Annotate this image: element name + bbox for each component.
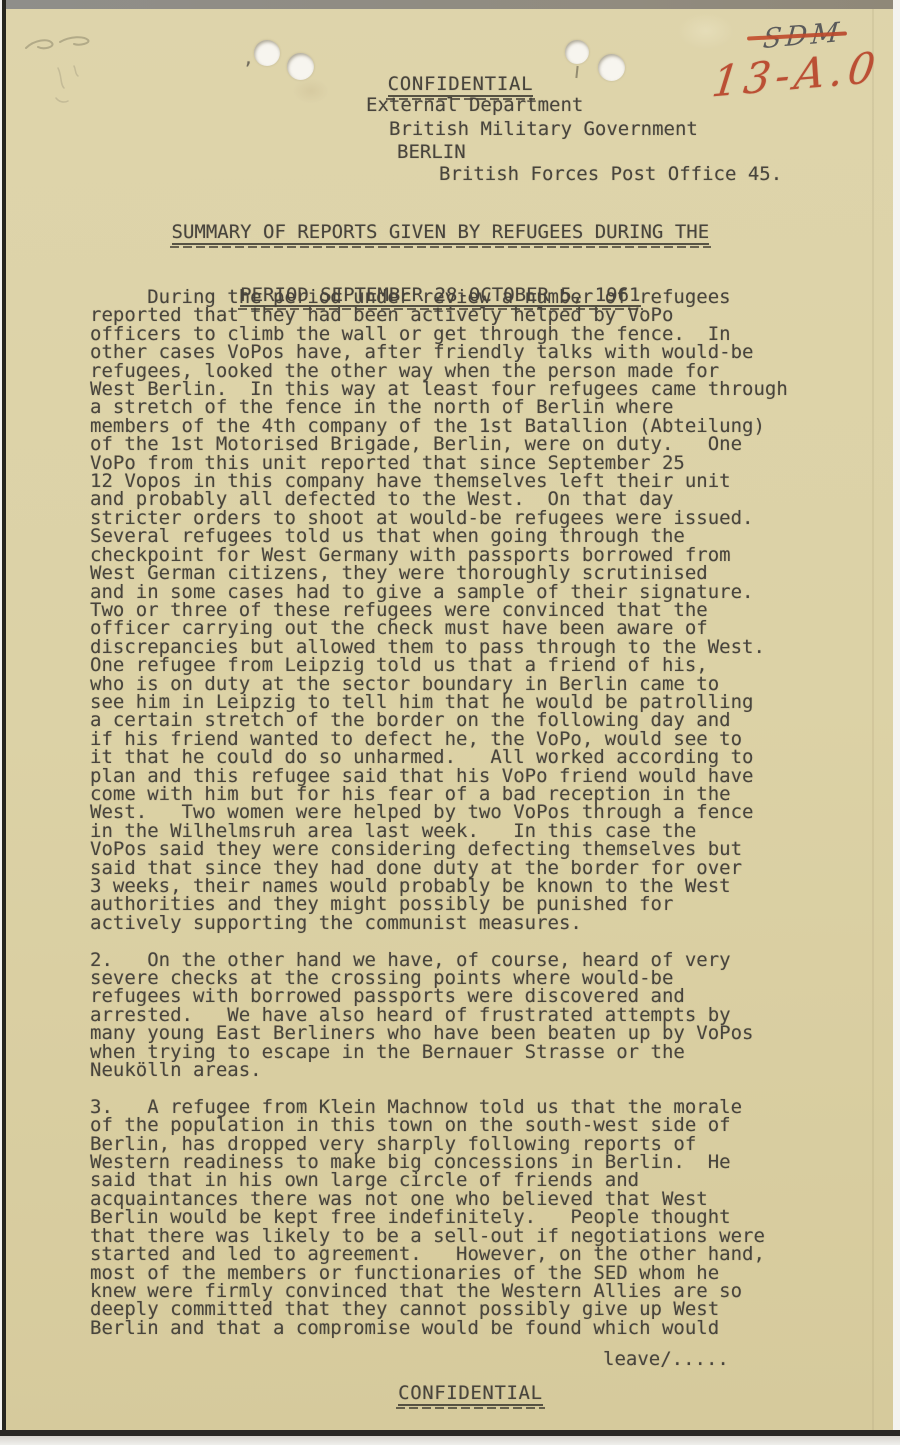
classification-bottom-text: CONFIDENTIAL — [398, 1384, 542, 1405]
punch-hole — [598, 54, 625, 81]
continuation-mark: leave/..... — [603, 1350, 729, 1368]
punch-hole — [254, 40, 280, 66]
scanner-edge-bottom-light — [0, 1436, 900, 1445]
document-scan: , SDM 13-A.0 CONFIDENTIAL External Depar… — [0, 0, 900, 1445]
letterhead-line-department: External Department — [366, 96, 583, 114]
title-line-1-text: SUMMARY OF REPORTS GIVEN BY REFUGEES DUR… — [172, 223, 710, 244]
document-body: During the period under review a number … — [90, 288, 788, 1356]
stray-typed-mark: , — [243, 50, 254, 68]
typed-paragraph-3: 3. A refugee from Klein Machnow told us … — [90, 1098, 788, 1337]
punch-hole — [565, 40, 589, 64]
letterhead-line-government: British Military Government — [389, 120, 698, 138]
scanner-edge-right — [893, 0, 900, 1445]
typed-paragraph-1: During the period under review a number … — [90, 288, 788, 932]
title-line-1: SUMMARY OF REPORTS GIVEN BY REFUGEES DUR… — [100, 205, 712, 263]
pencil-squiggle-mark — [18, 26, 113, 116]
letterhead-line-post-office: British Forces Post Office 45. — [439, 165, 782, 183]
typed-paragraph-2: 2. On the other hand we have, of course,… — [90, 951, 788, 1080]
punch-hole — [287, 53, 314, 80]
classification-bottom: CONFIDENTIAL — [350, 1366, 543, 1424]
scanner-edge-top — [0, 0, 900, 9]
scanner-edge-left-dark — [2, 0, 6, 1436]
letterhead-line-city: BERLIN — [397, 143, 466, 161]
